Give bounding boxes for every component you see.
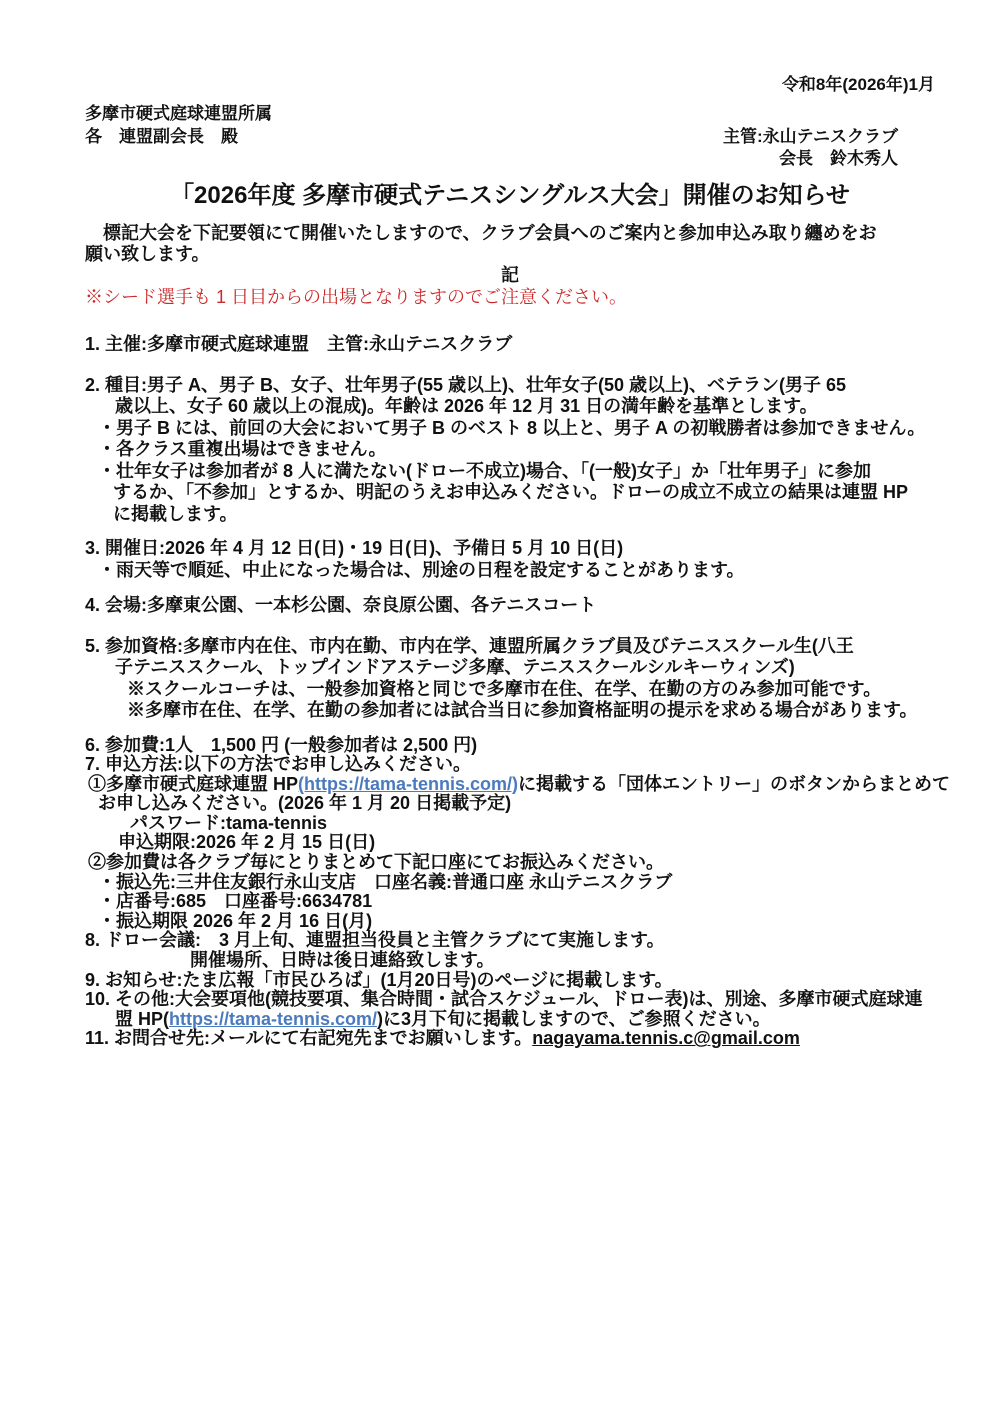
section-events: 2. 種目:男子 A、男子 B、女子、壮年男子(55 歳以上)、壮年女子(50 … (85, 375, 935, 526)
issue-date: 令和8年(2026年)1月 (85, 0, 935, 96)
apply-password: パスワード:tama-tennis (85, 814, 935, 834)
document-page: 令和8年(2026年)1月 多摩市硬式庭球連盟所属 各 連盟副会長 殿 主管:永… (0, 0, 993, 1404)
dates-line-2: ・雨天等で順延、中止になった場合は、別途の日程を設定することがあります。 (85, 560, 935, 582)
organizer-line1: 主管:永山テニスクラブ (723, 126, 898, 148)
other-info-post: )に3月下旬に掲載しますので、ご参照ください。 (377, 1009, 771, 1029)
apply-method1-pre: ①多摩市硬式庭球連盟 HP (88, 774, 298, 794)
account-number-line: ・店番号:685 口座番号:6634781 (85, 892, 935, 912)
organizer-line2: 会長 鈴木秀人 (723, 148, 898, 170)
federation-hp-link[interactable]: (https://tama-tennis.com/) (298, 774, 518, 794)
other-info-pre: 盟 HP( (115, 1009, 169, 1029)
apply-method1-line: ①多摩市硬式庭球連盟 HP(https://tama-tennis.com/)に… (85, 775, 935, 795)
fee-line: 6. 参加費:1人 1,500 円 (一般参加者は 2,500 円) (85, 736, 935, 756)
events-line-1: 2. 種目:男子 A、男子 B、女子、壮年男子(55 歳以上)、壮年女子(50 … (85, 375, 935, 397)
draw-meeting-line-1: 8. ドロー会議: 3 月上旬、連盟担当役員と主管クラブにて実施します。 (85, 931, 935, 951)
apply-method2-line: ②参加費は各クラブ毎にとりまとめて下記口座にてお振込みください。 (85, 853, 935, 873)
notice-publication-line: 9. お知らせ:たま広報「市民ひろば」(1月20日号)のページに掲載します。 (85, 971, 935, 991)
events-line-4: ・各クラス重複出場はできません。 (85, 439, 935, 461)
section-host: 1. 主催:多摩市硬式庭球連盟 主管:永山テニスクラブ (85, 334, 935, 356)
document-header: 多摩市硬式庭球連盟所属 各 連盟副会長 殿 主管:永山テニスクラブ 会長 鈴木秀… (85, 102, 935, 170)
events-line-5: ・壮年女子は参加者が 8 人に満たない(ドロー不成立)場合、「(一般)女子」か「… (85, 461, 935, 483)
intro-line2: 願い致します。 (85, 244, 935, 265)
apply-method1-cont: お申し込みください。(2026 年 1 月 20 日掲載予定) (85, 794, 935, 814)
events-line-6: するか、「不参加」とするか、明記のうえお申込みください。ドローの成立不成立の結果… (85, 482, 935, 504)
federation-hp-link-2[interactable]: https://tama-tennis.com/ (169, 1009, 377, 1029)
contact-email-link[interactable]: nagayama.tennis.c@gmail.com (532, 1028, 800, 1048)
apply-method1-post: に掲載する「団体エントリー」のボタンからまとめて (518, 774, 950, 794)
apply-deadline: 申込期限:2026 年 2 月 15 日(日) (85, 833, 935, 853)
events-line-3: ・男子 B には、前回の大会において男子 B のベスト 8 以上と、男子 A の… (85, 418, 935, 440)
addressee-line2: 各 連盟副会長 殿 (85, 125, 272, 148)
eligibility-line-1: 5. 参加資格:多摩市内在住、市内在勤、市内在学、連盟所属クラブ員及びテニススク… (85, 636, 935, 658)
dates-line-1: 3. 開催日:2026 年 4 月 12 日(日)・19 日(日)、予備日 5 … (85, 538, 935, 560)
eligibility-note-2: ※多摩市在住、在学、在勤の参加者には試合当日に参加資格証明の提示を求める場合があ… (85, 700, 935, 722)
events-line-2: 歳以上、女子 60 歳以上の混成)。年齢は 2026 年 12 月 31 日の満… (85, 396, 935, 418)
seed-warning-note: ※シード選手も 1 日目からの出場となりますのでご注意ください。 (85, 287, 935, 308)
section-application-block: 6. 参加費:1人 1,500 円 (一般参加者は 2,500 円) 7. 申込… (85, 736, 935, 1050)
payment-deadline-line: ・振込期限 2026 年 2 月 16 日(月) (85, 912, 935, 932)
venue-line: 4. 会場:多摩東公園、一本杉公園、奈良原公園、各テニスコート (85, 595, 935, 617)
page-title: 「2026年度 多摩市硬式テニスシングルス大会」開催のお知らせ (85, 182, 935, 210)
draw-meeting-line-2: 開催場所、日時は後日連絡致します。 (85, 951, 935, 971)
section-dates: 3. 開催日:2026 年 4 月 12 日(日)・19 日(日)、予備日 5 … (85, 538, 935, 581)
addressee-line1: 多摩市硬式庭球連盟所属 (85, 102, 272, 125)
events-line-7: に掲載します。 (85, 504, 935, 526)
contact-pre: 11. お問合せ先:メールにて右記宛先までお願いします。 (85, 1028, 532, 1048)
other-info-line-1: 10. その他:大会要項他(競技要項、集合時間・試合スケジュール、ドロー表)は、… (85, 990, 935, 1010)
host-line: 1. 主催:多摩市硬式庭球連盟 主管:永山テニスクラブ (85, 334, 935, 356)
other-info-line-2: 盟 HP(https://tama-tennis.com/)に3月下旬に掲載しま… (85, 1010, 935, 1030)
bank-transfer-line: ・振込先:三井住友銀行永山支店 口座名義:普通口座 永山テニスクラブ (85, 873, 935, 893)
addressee-block: 多摩市硬式庭球連盟所属 各 連盟副会長 殿 (85, 102, 272, 170)
organizer-block: 主管:永山テニスクラブ 会長 鈴木秀人 (723, 126, 935, 170)
intro-paragraph: 標記大会を下記要領にて開催いたしますので、クラブ会員へのご案内と参加申込み取り纏… (85, 223, 935, 265)
section-eligibility: 5. 参加資格:多摩市内在住、市内在勤、市内在学、連盟所属クラブ員及びテニススク… (85, 636, 935, 722)
contact-line: 11. お問合せ先:メールにて右記宛先までお願いします。nagayama.ten… (85, 1029, 935, 1049)
center-mark: 記 (85, 265, 935, 286)
apply-heading: 7. 申込方法:以下の方法でお申し込みください。 (85, 755, 935, 775)
intro-line1: 標記大会を下記要領にて開催いたしますので、クラブ会員へのご案内と参加申込み取り纏… (85, 223, 935, 244)
eligibility-note-1: ※スクールコーチは、一般参加資格と同じで多摩市在住、在学、在勤の方のみ参加可能で… (85, 679, 935, 701)
section-venue: 4. 会場:多摩東公園、一本杉公園、奈良原公園、各テニスコート (85, 595, 935, 617)
notice-body: 1. 主催:多摩市硬式庭球連盟 主管:永山テニスクラブ 2. 種目:男子 A、男… (85, 334, 935, 1049)
eligibility-line-2: 子テニススクール、トップインドアステージ多摩、テニススクールシルキーウィンズ) (85, 657, 935, 679)
